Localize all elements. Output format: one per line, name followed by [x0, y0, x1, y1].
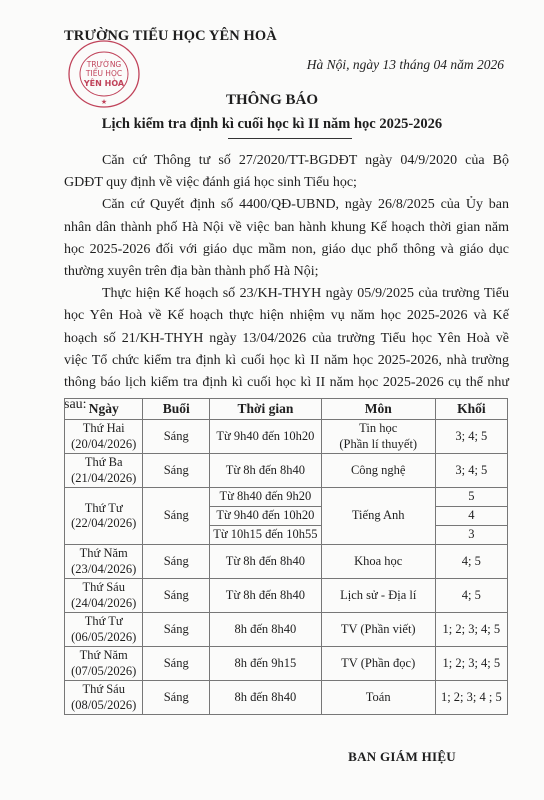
- table-row: Thứ Hai(20/04/2026)SángTừ 9h40 đến 10h20…: [65, 420, 508, 454]
- cell-day: Thứ Sáu(24/04/2026): [65, 579, 143, 613]
- cell-grade: 4: [435, 507, 507, 526]
- cell-grade: 1; 2; 3; 4 ; 5: [435, 681, 507, 715]
- cell-time: Từ 10h15 đến 10h55: [210, 526, 322, 545]
- paragraph-legal-basis-1: Căn cứ Thông tư số 27/2020/TT-BGDĐT ngày…: [64, 150, 509, 194]
- exam-schedule-table: Ngày Buổi Thời gian Môn Khối Thứ Hai(20/…: [64, 398, 508, 715]
- cell-grade: 3; 4; 5: [435, 420, 507, 454]
- document-body: Căn cứ Thông tư số 27/2020/TT-BGDĐT ngày…: [64, 150, 509, 416]
- cell-day: Thứ Tư(06/05/2026): [65, 613, 143, 647]
- document-title: THÔNG BÁO: [0, 92, 544, 109]
- document-subtitle: Lịch kiểm tra định kì cuối học kì II năm…: [0, 116, 544, 133]
- cell-subject: Toán: [321, 681, 435, 715]
- cell-subject: Tiếng Anh: [321, 488, 435, 545]
- header-time: Thời gian: [210, 399, 322, 420]
- cell-subject: TV (Phần viết): [321, 613, 435, 647]
- table-row: Thứ Ba(21/04/2026)SángTừ 8h đến 8h40Công…: [65, 454, 508, 488]
- cell-session: Sáng: [143, 647, 210, 681]
- header-session: Buổi: [143, 399, 210, 420]
- cell-day: Thứ Năm(07/05/2026): [65, 647, 143, 681]
- header-day: Ngày: [65, 399, 143, 420]
- table-row: Thứ Tư(06/05/2026)Sáng8h đến 8h40TV (Phầ…: [65, 613, 508, 647]
- cell-time: Từ 8h đến 8h40: [210, 454, 322, 488]
- document-page: TRƯỜNG TIỂU HỌC YÊN HOÀ TRƯỜNG TIỂU HỌC …: [0, 0, 544, 800]
- table-row: Thứ Sáu(24/04/2026)SángTừ 8h đến 8h40Lịc…: [65, 579, 508, 613]
- cell-grade: 5: [435, 488, 507, 507]
- cell-subject: Công nghệ: [321, 454, 435, 488]
- cell-subject: Khoa học: [321, 545, 435, 579]
- cell-time: 8h đến 9h15: [210, 647, 322, 681]
- table-header-row: Ngày Buổi Thời gian Môn Khối: [65, 399, 508, 420]
- cell-day: Thứ Tư(22/04/2026): [65, 488, 143, 545]
- table-row: Thứ Năm(07/05/2026)Sáng8h đến 9h15TV (Ph…: [65, 647, 508, 681]
- cell-grade: 3: [435, 526, 507, 545]
- paragraph-legal-basis-2: Căn cứ Quyết định số 4400/QĐ-UBND, ngày …: [64, 194, 509, 283]
- header-subject: Môn: [321, 399, 435, 420]
- cell-day: Thứ Hai(20/04/2026): [65, 420, 143, 454]
- cell-time: Từ 9h40 đến 10h20: [210, 507, 322, 526]
- cell-grade: 3; 4; 5: [435, 454, 507, 488]
- cell-grade: 4; 5: [435, 545, 507, 579]
- cell-subject: Tin học(Phần lí thuyết): [321, 420, 435, 454]
- table-row: Thứ Sáu(08/05/2026)Sáng8h đến 8h40Toán1;…: [65, 681, 508, 715]
- cell-session: Sáng: [143, 613, 210, 647]
- table-row: Thứ Tư(22/04/2026)SángTừ 8h40 đến 9h20Ti…: [65, 488, 508, 507]
- cell-subject: TV (Phần đọc): [321, 647, 435, 681]
- cell-time: 8h đến 8h40: [210, 681, 322, 715]
- cell-time: Từ 8h đến 8h40: [210, 545, 322, 579]
- cell-time: 8h đến 8h40: [210, 613, 322, 647]
- cell-session: Sáng: [143, 454, 210, 488]
- cell-day: Thứ Sáu(08/05/2026): [65, 681, 143, 715]
- cell-subject: Lịch sử - Địa lí: [321, 579, 435, 613]
- stamp-line3: YÊN HÒA: [83, 77, 125, 88]
- cell-session: Sáng: [143, 545, 210, 579]
- paragraph-implementation: Thực hiện Kế hoạch số 23/KH-THYH ngày 05…: [64, 283, 509, 416]
- cell-session: Sáng: [143, 420, 210, 454]
- cell-session: Sáng: [143, 681, 210, 715]
- cell-time: Từ 9h40 đến 10h20: [210, 420, 322, 454]
- cell-grade: 4; 5: [435, 579, 507, 613]
- signature: BAN GIÁM HIỆU: [348, 749, 456, 765]
- cell-session: Sáng: [143, 579, 210, 613]
- stamp-line1: TRƯỜNG: [86, 60, 122, 69]
- header-grade: Khối: [435, 399, 507, 420]
- cell-session: Sáng: [143, 488, 210, 545]
- cell-day: Thứ Năm(23/04/2026): [65, 545, 143, 579]
- cell-grade: 1; 2; 3; 4; 5: [435, 647, 507, 681]
- cell-time: Từ 8h40 đến 9h20: [210, 488, 322, 507]
- cell-grade: 1; 2; 3; 4; 5: [435, 613, 507, 647]
- stamp-line2: TIỂU HỌC: [85, 68, 122, 78]
- cell-time: Từ 8h đến 8h40: [210, 579, 322, 613]
- subtitle-underline: [228, 138, 352, 139]
- document-date: Hà Nội, ngày 13 tháng 04 năm 2026: [307, 57, 504, 73]
- table-row: Thứ Năm(23/04/2026)SángTừ 8h đến 8h40Kho…: [65, 545, 508, 579]
- cell-day: Thứ Ba(21/04/2026): [65, 454, 143, 488]
